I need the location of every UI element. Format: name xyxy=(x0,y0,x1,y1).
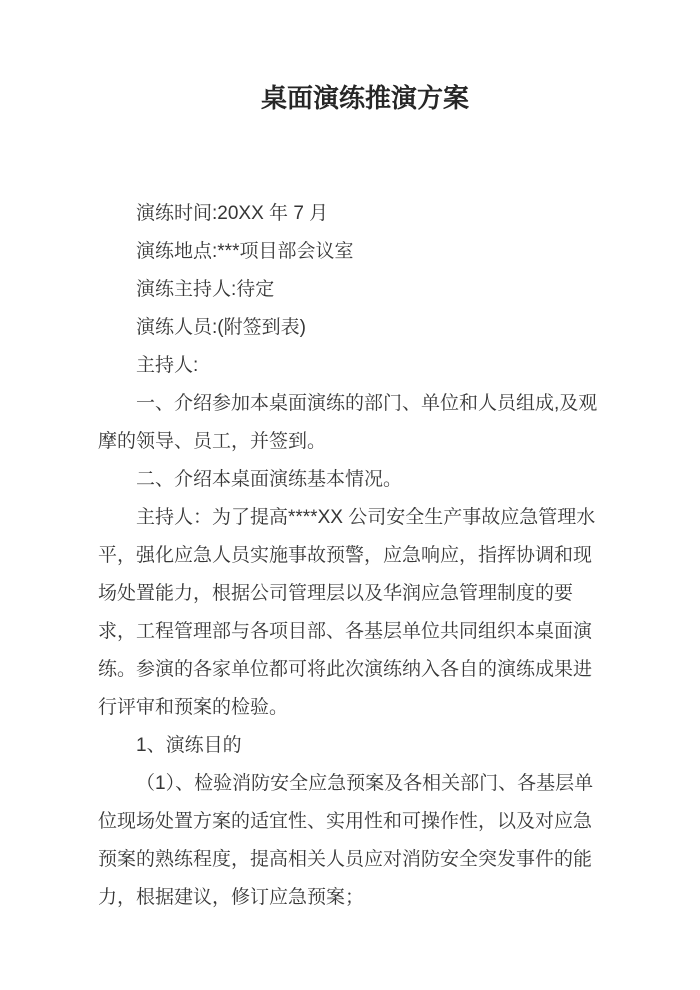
paragraph-drill-location: 演练地点:***项目部会议室 xyxy=(98,233,608,271)
paragraph-host-speech: 主持人：为了提高****XX 公司安全生产事故应急管理水平，强化应急人员实施事故… xyxy=(98,499,608,727)
paragraph-drill-time: 演练时间:20XX 年 7 月 xyxy=(98,195,608,233)
document-body: 演练时间:20XX 年 7 月 演练地点:***项目部会议室 演练主持人:待定 … xyxy=(98,195,608,917)
document-page: 桌面演练推演方案 演练时间:20XX 年 7 月 演练地点:***项目部会议室 … xyxy=(0,0,700,990)
paragraph-item-two: 二、介绍本桌面演练基本情况。 xyxy=(98,461,608,499)
document-title: 桌面演练推演方案 xyxy=(0,79,700,119)
paragraph-item-one: 一、介绍参加本桌面演练的部门、单位和人员组成,及观摩的领导、员工，并签到。 xyxy=(98,385,608,461)
paragraph-drill-participants: 演练人员:(附签到表) xyxy=(98,309,608,347)
paragraph-purpose-item-1: （1）、检验消防安全应急预案及各相关部门、各基层单位现场处置方案的适宜性、实用性… xyxy=(98,765,608,917)
paragraph-drill-host: 演练主持人:待定 xyxy=(98,271,608,309)
paragraph-section-purpose: 1、演练目的 xyxy=(98,727,608,765)
paragraph-host-label: 主持人: xyxy=(98,347,608,385)
